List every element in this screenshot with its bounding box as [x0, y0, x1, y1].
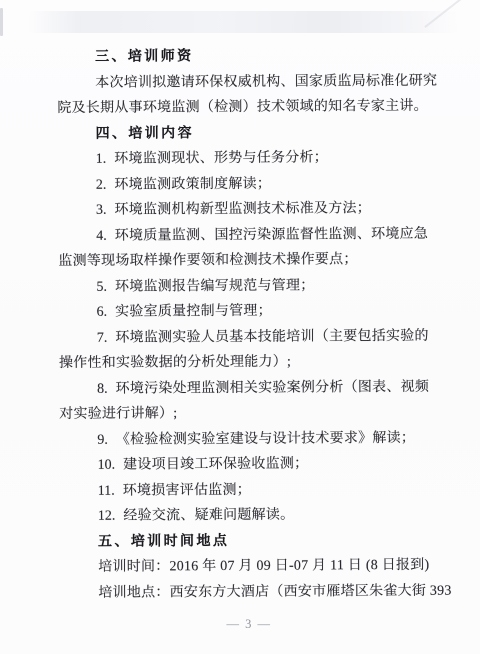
list-item-text: 实验室质量控制与管理；: [115, 304, 272, 320]
list-item-text: 环境污染处理监测相关实验案例分析（图表、视频: [116, 379, 430, 396]
list-item-12: 12.经验交流、疑难问题解读。: [60, 502, 432, 530]
list-item-text: 《检验检测实验室建设与设计技术要求》解读；: [116, 430, 415, 447]
list-item-text: 经验交流、疑难问题解读。: [123, 508, 294, 524]
list-item-number: 4.: [96, 223, 107, 249]
training-location-line: 培训地点：西安东方大酒店（西安市雁塔区朱雀大街 393: [60, 578, 432, 606]
list-item-text: 环境监测现状、形势与任务分析；: [114, 150, 328, 166]
page-number: — 3 —: [9, 612, 480, 636]
list-item-11: 11.环境损害评估监测；: [60, 476, 432, 504]
list-item-9: 9.《检验检测实验室建设与设计技术要求》解读；: [59, 425, 431, 453]
heading-training-time-location: 五、培训时间地点: [60, 527, 432, 555]
list-item-7: 7.环境监测实验人员基本技能培训（主要包括实验的: [59, 323, 431, 351]
list-item-number: 1.: [96, 147, 107, 173]
list-item-text: 环境损害评估监测；: [123, 482, 251, 498]
list-item-number: 2.: [96, 172, 107, 198]
list-item-3: 3.环境监测机构新型监测技术标准及方法；: [58, 196, 430, 224]
scan-shading-band: [28, 11, 458, 33]
list-item-number: 10.: [97, 453, 115, 479]
list-item-text: 环境监测报告编写规范与管理；: [115, 278, 315, 294]
scan-edge-artifact: [0, 8, 3, 36]
list-item-text: 环境监测政策制度解读；: [114, 176, 271, 192]
scanned-document-page: { "page": { "kind": "scanned official tr…: [0, 0, 480, 654]
list-item-number: 8.: [97, 376, 108, 402]
paragraph-line: 监测等现场取样操作要领和检测技术操作要点；: [58, 247, 430, 275]
heading-training-content: 四、培训内容: [57, 119, 429, 147]
list-item-1: 1.环境监测现状、形势与任务分析；: [58, 145, 430, 173]
list-item-5: 5.环境监测报告编写规范与管理；: [58, 272, 430, 300]
list-item-text: 环境监测实验人员基本技能培训（主要包括实验的: [115, 328, 429, 345]
list-item-10: 10.建设项目竣工环保验收监测；: [59, 451, 431, 479]
list-item-number: 5.: [96, 274, 107, 300]
list-item-number: 12.: [98, 504, 116, 530]
list-item-text: 环境质量监测、国控污染源监督性监测、环境应急: [115, 226, 429, 243]
list-item-6: 6.实验室质量控制与管理；: [59, 298, 431, 326]
list-item-text: 环境监测机构新型监测技术标准及方法；: [114, 201, 371, 218]
list-item-number: 11.: [98, 478, 115, 504]
list-item-number: 3.: [96, 198, 107, 224]
list-item-4: 4.环境质量监测、国控污染源监督性监测、环境应急: [58, 221, 430, 249]
list-item-text: 建设项目竣工环保验收监测；: [123, 456, 308, 472]
list-item-number: 7.: [97, 325, 108, 351]
training-time-line: 培训时间：2016 年 07 月 09 日-07 月 11 日 (8 日报到): [60, 553, 432, 581]
paragraph-line: 本次培训拟邀请环保权威机构、国家质监局标准化研究: [57, 68, 429, 96]
list-item-number: 6.: [97, 300, 108, 326]
paragraph-line: 对实验进行讲解）;: [59, 400, 431, 428]
list-item-8: 8.环境污染处理监测相关实验案例分析（图表、视频: [59, 374, 431, 402]
document-body: 三、培训师资 本次培训拟邀请环保权威机构、国家质监局标准化研究 院及长期从事环境…: [57, 43, 432, 606]
paragraph-line: 操作性和实验数据的分析处理能力）;: [59, 349, 431, 377]
heading-training-faculty: 三、培训师资: [57, 43, 429, 71]
list-item-number: 9.: [97, 427, 108, 453]
paragraph-line: 院及长期从事环境监测（检测）技术领域的知名专家主讲。: [57, 94, 429, 122]
list-item-2: 2.环境监测政策制度解读；: [58, 170, 430, 198]
